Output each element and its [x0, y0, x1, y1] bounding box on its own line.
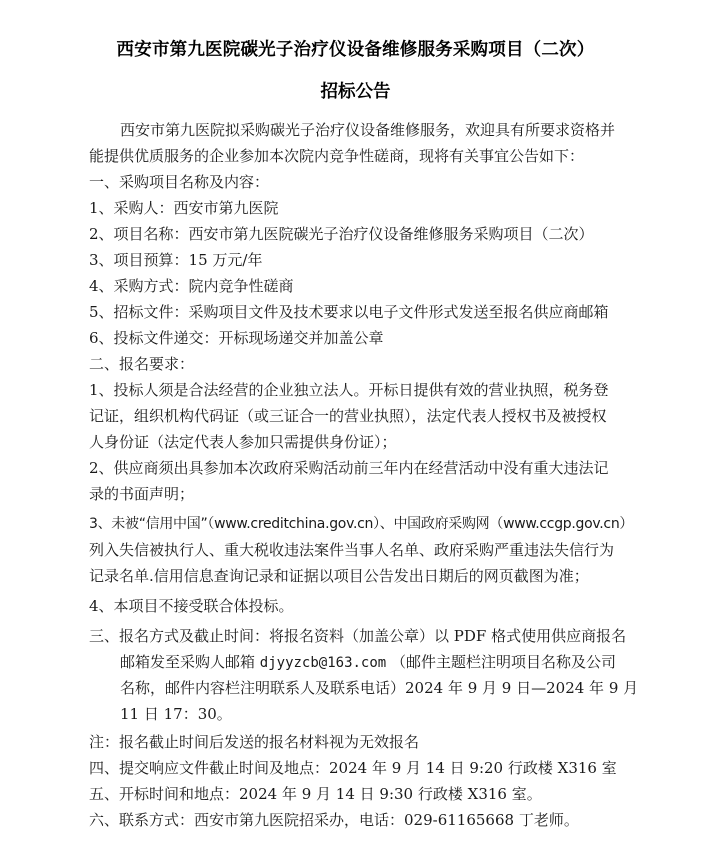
section3-line3: 名称，邮件内容栏注明联系人及联系电话）2024 年 9 月 9 日—2024 年…	[120, 678, 638, 698]
document-subtitle: 招标公告	[0, 78, 711, 103]
section1-item-method: 4、采购方式：院内竞争性磋商	[89, 276, 294, 296]
section1-heading: 一、采购项目名称及内容：	[89, 172, 269, 192]
intro-line-1: 西安市第九医院拟采购碳光子治疗仪设备维修服务，欢迎具有所要求资格并	[120, 120, 615, 140]
section3-line2-prefix: 邮箱发至采购人邮箱	[120, 653, 260, 671]
section3-line1: 三、报名方式及截止时间：将报名资料（加盖公章）以 PDF 格式使用供应商报名	[89, 626, 626, 646]
document-title: 西安市第九医院碳光子治疗仪设备维修服务采购项目（二次）	[0, 36, 711, 61]
section5-line: 五、开标时间和地点：2024 年 9 月 14 日 9:30 行政楼 X316 …	[89, 784, 542, 804]
intro-line-2: 能提供优质服务的企业参加本次院内竞争性磋商，现将有关事宜公告如下：	[89, 146, 584, 166]
section2-req1-line3: 人身份证（法定代表人参加只需提供身份证）；	[89, 432, 397, 452]
section4-line: 四、提交响应文件截止时间及地点：2024 年 9 月 14 日 9:20 行政楼…	[89, 758, 617, 778]
section2-req3-line2: 列入失信被执行人、重大税收违法案件当事人名单、政府采购严重违法失信行为	[89, 540, 614, 560]
section1-item-project-name: 2、项目名称：西安市第九医院碳光子治疗仪设备维修服务采购项目（二次）	[89, 224, 594, 244]
section1-item-tender-docs: 5、招标文件：采购项目文件及技术要求以电子文件形式发送至报名供应商邮箱	[89, 302, 609, 322]
section6-line: 六、联系方式：西安市第九医院招采办，电话：029-61165668 丁老师。	[89, 810, 579, 830]
section1-item-budget: 3、项目预算：15 万元/年	[89, 250, 262, 270]
section2-req2-line2: 录的书面声明；	[89, 484, 194, 504]
section1-item-submission: 6、投标文件递交：开标现场递交并加盖公章	[89, 328, 384, 348]
announcement-document: 西安市第九医院碳光子治疗仪设备维修服务采购项目（二次） 招标公告 西安市第九医院…	[0, 0, 711, 851]
section2-req1-line1: 1、投标人须是合法经营的企业独立法人。开标日提供有效的营业执照，税务登	[89, 380, 609, 400]
note-line: 注：报名截止时间后发送的报名材料视为无效报名	[89, 732, 419, 752]
section1-item-purchaser: 1、采购人：西安市第九医院	[89, 198, 279, 218]
section2-req4: 4、本项目不接受联合体投标。	[89, 596, 294, 616]
section2-req3-line1: 3、未被“信用中国”（www.creditchina.gov.cn）、中国政府采…	[89, 514, 633, 534]
section2-req1-line2: 记证，组织机构代码证（或三证合一的营业执照），法定代表人授权书及被授权	[89, 406, 607, 426]
section2-heading: 二、报名要求：	[89, 354, 194, 374]
section3-line2: 邮箱发至采购人邮箱 djyyzcb@163.com （邮件主题栏注明项目名称及公…	[120, 652, 616, 673]
section3-line4: 11 日 17：30。	[120, 704, 232, 724]
section2-req3-line3: 记录名单.信用信息查询记录和证据以项目公告发出日期后的网页截图为准；	[89, 566, 589, 586]
section2-req2-line1: 2、供应商须出具参加本次政府采购活动前三年内在经营活动中没有重大违法记	[89, 458, 609, 478]
section3-line2-suffix: （邮件主题栏注明项目名称及公司	[386, 653, 616, 671]
contact-email: djyyzcb@163.com	[260, 655, 386, 671]
